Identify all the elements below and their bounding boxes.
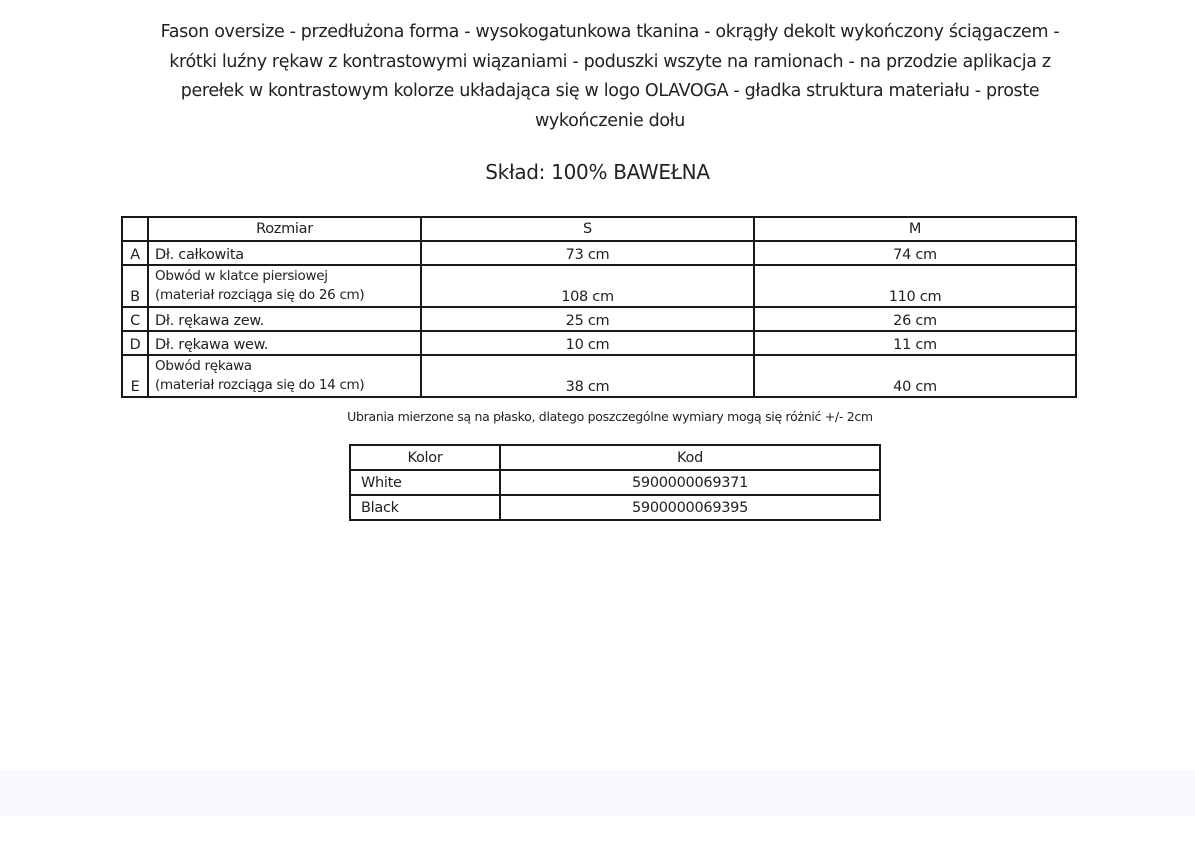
value-m: 40 cm <box>754 355 1076 397</box>
row-label-sub: (materiał rozciąga się do 26 cm) <box>155 286 420 305</box>
table-row: White 5900000069371 <box>350 470 880 495</box>
color-code: 5900000069371 <box>500 470 880 495</box>
row-label-main: Obwód rękawa <box>155 357 420 376</box>
table-row: B Obwód w klatce piersiowej (materiał ro… <box>122 265 1076 307</box>
row-letter: C <box>122 307 148 331</box>
color-name: Black <box>350 495 500 520</box>
header-code: Kod <box>500 445 880 470</box>
row-letter: B <box>122 265 148 307</box>
header-color: Kolor <box>350 445 500 470</box>
product-description: Fason oversize - przedłużona forma - wys… <box>140 18 1080 136</box>
value-s: 38 cm <box>421 355 754 397</box>
value-m: 26 cm <box>754 307 1076 331</box>
color-code-table: Kolor Kod White 5900000069371 Black 5900… <box>349 444 881 521</box>
value-s: 25 cm <box>421 307 754 331</box>
table-row: Black 5900000069395 <box>350 495 880 520</box>
table-row: A Dł. całkowita 73 cm 74 cm <box>122 241 1076 265</box>
table-row: D Dł. rękawa wew. 10 cm 11 cm <box>122 331 1076 355</box>
value-m: 74 cm <box>754 241 1076 265</box>
header-empty-cell <box>122 217 148 241</box>
measurement-note: Ubrania mierzone są na płasko, dlatego p… <box>0 409 1195 424</box>
row-label: Dł. rękawa wew. <box>148 331 421 355</box>
row-label: Obwód w klatce piersiowej (materiał rozc… <box>148 265 421 307</box>
value-m: 11 cm <box>754 331 1076 355</box>
table-row: C Dł. rękawa zew. 25 cm 26 cm <box>122 307 1076 331</box>
value-s: 108 cm <box>421 265 754 307</box>
value-m: 110 cm <box>754 265 1076 307</box>
header-size-label: Rozmiar <box>148 217 421 241</box>
row-label-main: Obwód w klatce piersiowej <box>155 267 420 286</box>
row-label: Dł. całkowita <box>148 241 421 265</box>
code-table-header: Kolor Kod <box>350 445 880 470</box>
row-letter: E <box>122 355 148 397</box>
row-letter: A <box>122 241 148 265</box>
footer-band <box>0 770 1195 816</box>
color-code: 5900000069395 <box>500 495 880 520</box>
size-table-header: Rozmiar S M <box>122 217 1076 241</box>
header-size-s: S <box>421 217 754 241</box>
composition: Skład: 100% BAWEŁNA <box>0 160 1195 184</box>
row-label-sub: (materiał rozciąga się do 14 cm) <box>155 376 420 395</box>
table-row: E Obwód rękawa (materiał rozciąga się do… <box>122 355 1076 397</box>
value-s: 10 cm <box>421 331 754 355</box>
size-table: Rozmiar S M A Dł. całkowita 73 cm 74 cm … <box>121 216 1077 398</box>
color-name: White <box>350 470 500 495</box>
row-label: Dł. rękawa zew. <box>148 307 421 331</box>
row-label: Obwód rękawa (materiał rozciąga się do 1… <box>148 355 421 397</box>
row-letter: D <box>122 331 148 355</box>
header-size-m: M <box>754 217 1076 241</box>
value-s: 73 cm <box>421 241 754 265</box>
